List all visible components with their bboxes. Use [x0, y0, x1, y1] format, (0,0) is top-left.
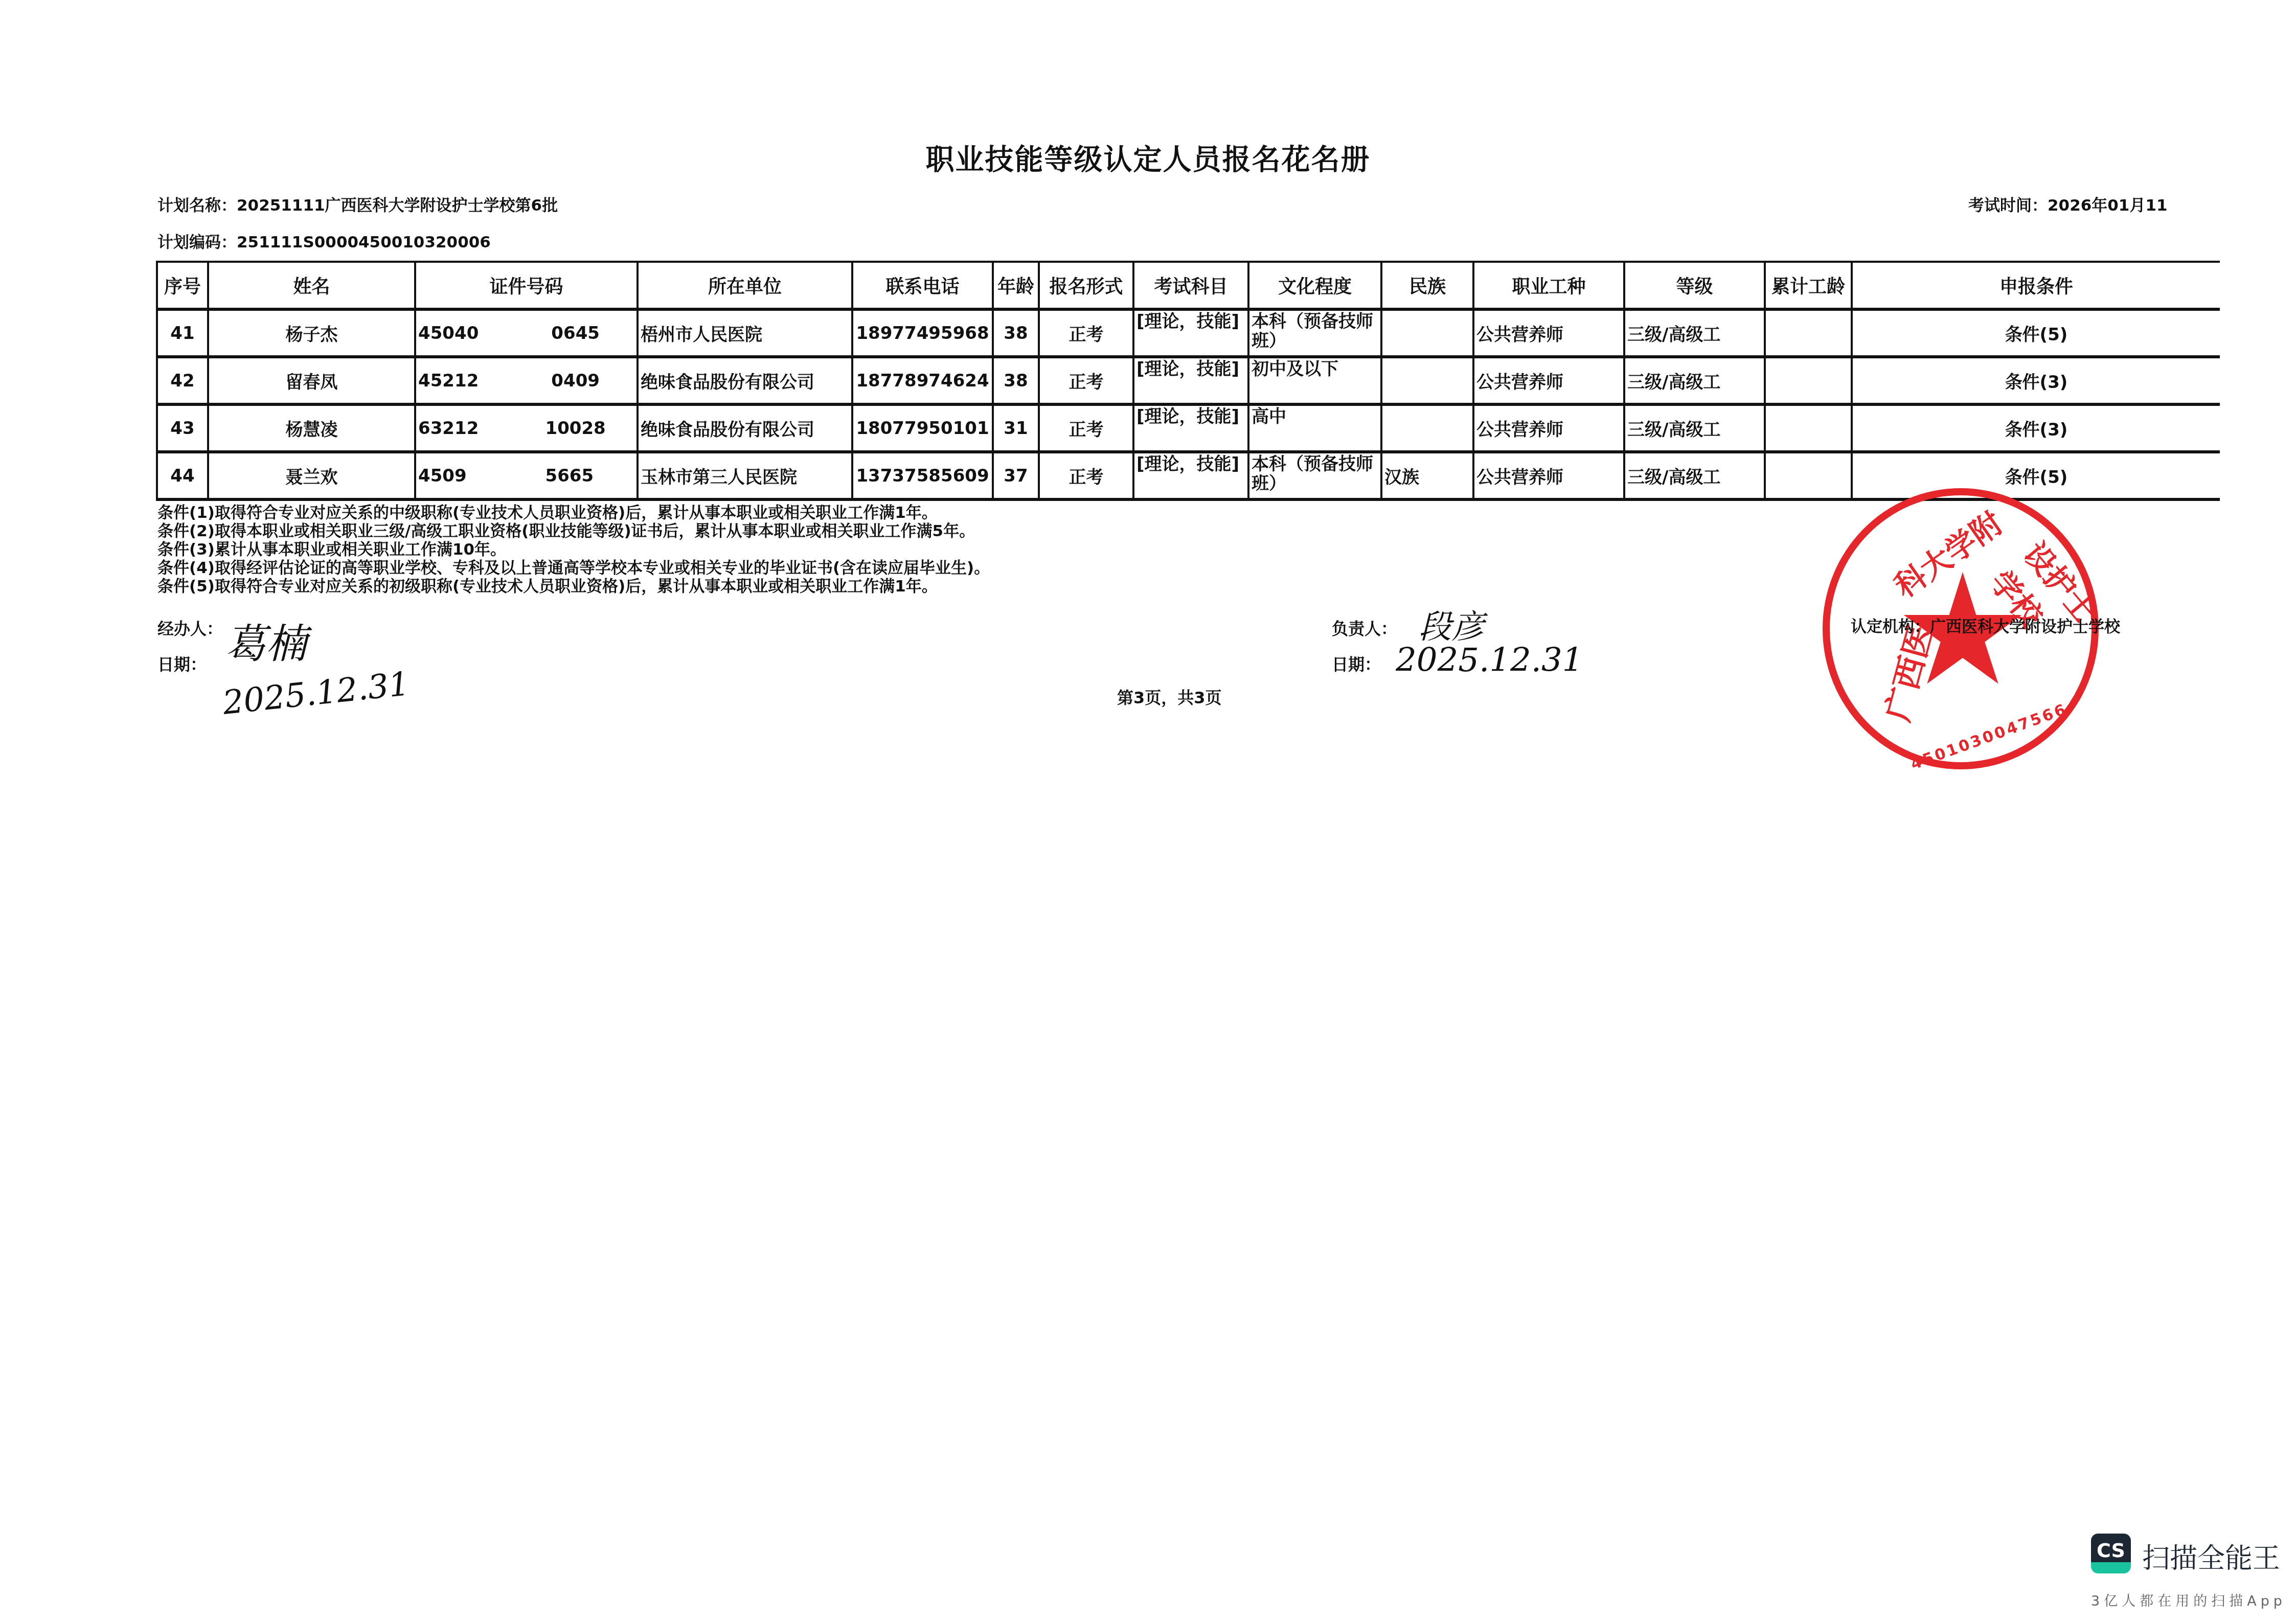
cell-work-years [1765, 357, 1852, 404]
handler-label: 经办人： [157, 616, 223, 639]
cell-ethnicity [1381, 309, 1473, 357]
condition-2: 条件(2)取得本职业或相关职业三级/高级工职业资格(职业技能等级)证书后，累计从… [157, 522, 990, 540]
cell-subjects: [理论，技能] [1133, 452, 1248, 499]
col-header-name: 姓名 [208, 262, 415, 309]
col-header-id: 证件号码 [415, 262, 638, 309]
cell-work-years [1765, 404, 1852, 452]
cell-form: 正考 [1039, 452, 1133, 499]
cell-level: 三级/高级工 [1624, 357, 1765, 404]
condition-1: 条件(1)取得符合专业对应关系的中级职称(专业技术人员职业资格)后，累计从事本职… [157, 504, 990, 522]
header-row: 序号 姓名 证件号码 所在单位 联系电话 年龄 报名形式 考试科目 文化程度 民… [157, 262, 2220, 309]
plan-name: 计划名称：20251111广西医科大学附设护士学校第6批 [157, 192, 558, 215]
col-header-occupation: 职业工种 [1473, 262, 1624, 309]
col-header-education: 文化程度 [1248, 262, 1381, 309]
seal-text-arc-right: 设护士学校 [1982, 532, 2109, 659]
table-row: 43 杨慧凌 63212 10028 绝味食品股份有限公司 1807795010… [157, 404, 2220, 452]
camscanner-logo-icon: CS [2091, 1534, 2131, 1573]
col-header-condition: 申报条件 [1852, 262, 2220, 309]
handler-date: 2025.12.31 [221, 665, 411, 722]
col-header-ethnicity: 民族 [1381, 262, 1473, 309]
col-header-unit: 所在单位 [638, 262, 852, 309]
condition-4: 条件(4)取得经评估论证的高等职业学校、专科及以上普通高等学校本专业或相关专业的… [157, 559, 990, 577]
col-header-work-years: 累计工龄 [1765, 262, 1852, 309]
responsible-signature: 段彦 [1419, 601, 1484, 648]
responsible-date: 2025.12.31 [1396, 642, 1583, 679]
cell-age: 37 [993, 452, 1039, 499]
cell-name: 聂兰欢 [208, 452, 415, 499]
cell-no: 43 [157, 404, 208, 452]
col-header-subjects: 考试科目 [1133, 262, 1248, 309]
roster-table: 序号 姓名 证件号码 所在单位 联系电话 年龄 报名形式 考试科目 文化程度 民… [156, 261, 2220, 501]
cell-condition: 条件(5) [1852, 452, 2220, 499]
exam-time: 考试时间：2026年01月11 [1968, 192, 2168, 215]
cell-condition: 条件(3) [1852, 357, 2220, 404]
page-indicator: 第3页，共3页 [1117, 685, 1222, 709]
responsible-label: 负责人： [1332, 616, 1397, 639]
condition-5: 条件(5)取得符合专业对应关系的初级职称(专业技术人员职业资格)后，累计从事本职… [157, 577, 990, 596]
cell-id-number: 4509 5665 [415, 452, 638, 499]
cell-no: 42 [157, 357, 208, 404]
cell-education: 初中及以下 [1248, 357, 1381, 404]
plan-code: 计划编码：251111S0000450010320006 [157, 229, 491, 252]
cell-occupation: 公共营养师 [1473, 404, 1624, 452]
responsible-date-label: 日期： [1332, 652, 1381, 675]
cell-education: 本科（预备技师班） [1248, 452, 1381, 499]
col-header-form: 报名形式 [1039, 262, 1133, 309]
cell-no: 44 [157, 452, 208, 499]
cell-work-years [1765, 452, 1852, 499]
cell-phone: 18077950101 [852, 404, 993, 452]
cell-subjects: [理论，技能] [1133, 404, 1248, 452]
cell-work-years [1765, 309, 1852, 357]
cell-age: 38 [993, 357, 1039, 404]
cell-subjects: [理论，技能] [1133, 309, 1248, 357]
cell-form: 正考 [1039, 357, 1133, 404]
table-row: 42 留春凤 45212 0409 绝味食品股份有限公司 18778974624… [157, 357, 2220, 404]
col-header-phone: 联系电话 [852, 262, 993, 309]
cell-phone: 18977495968 [852, 309, 993, 357]
cell-occupation: 公共营养师 [1473, 452, 1624, 499]
handler-date-label: 日期： [157, 652, 207, 675]
cell-name: 杨慧凌 [208, 404, 415, 452]
cell-name: 杨子杰 [208, 309, 415, 357]
cell-form: 正考 [1039, 404, 1133, 452]
cell-name: 留春凤 [208, 357, 415, 404]
cell-ethnicity: 汉族 [1381, 452, 1473, 499]
cell-no: 41 [157, 309, 208, 357]
cell-ethnicity [1381, 357, 1473, 404]
cell-age: 38 [993, 309, 1039, 357]
cell-education: 高中 [1248, 404, 1381, 452]
document-title: 职业技能等级认定人员报名花名册 [0, 137, 2296, 178]
cell-condition: 条件(3) [1852, 404, 2220, 452]
handler-signature: 葛楠 [225, 611, 307, 670]
cell-phone: 18778974624 [852, 357, 993, 404]
condition-3: 条件(3)累计从事本职业或相关职业工作满10年。 [157, 540, 990, 559]
cell-unit: 玉林市第三人民医院 [638, 452, 852, 499]
cell-level: 三级/高级工 [1624, 309, 1765, 357]
cell-subjects: [理论，技能] [1133, 357, 1248, 404]
cell-education: 本科（预备技师班） [1248, 309, 1381, 357]
col-header-age: 年龄 [993, 262, 1039, 309]
seal-code: 4501030047566 [1908, 700, 2070, 773]
cell-occupation: 公共营养师 [1473, 357, 1624, 404]
cell-age: 31 [993, 404, 1039, 452]
cell-phone: 13737585609 [852, 452, 993, 499]
cell-unit: 绝味食品股份有限公司 [638, 357, 852, 404]
cell-condition: 条件(5) [1852, 309, 2220, 357]
conditions-list: 条件(1)取得符合专业对应关系的中级职称(专业技术人员职业资格)后，累计从事本职… [157, 504, 990, 596]
cell-unit: 梧州市人民医院 [638, 309, 852, 357]
cell-id-number: 45040 0645 [415, 309, 638, 357]
cell-unit: 绝味食品股份有限公司 [638, 404, 852, 452]
certifying-org: 认定机构：广西医科大学附设护士学校 [1851, 613, 2120, 636]
table-row: 44 聂兰欢 4509 5665 玉林市第三人民医院 13737585609 3… [157, 452, 2220, 499]
cell-level: 三级/高级工 [1624, 404, 1765, 452]
cell-form: 正考 [1039, 309, 1133, 357]
watermark-tagline: 3亿人都在用的扫描App [2091, 1590, 2286, 1610]
cell-id-number: 63212 10028 [415, 404, 638, 452]
col-header-no: 序号 [157, 262, 208, 309]
table-row: 41 杨子杰 45040 0645 梧州市人民医院 18977495968 38… [157, 309, 2220, 357]
cell-occupation: 公共营养师 [1473, 309, 1624, 357]
col-header-level: 等级 [1624, 262, 1765, 309]
cell-ethnicity [1381, 404, 1473, 452]
cell-id-number: 45212 0409 [415, 357, 638, 404]
watermark-app-name: 扫描全能王 [2142, 1537, 2280, 1576]
cell-level: 三级/高级工 [1624, 452, 1765, 499]
